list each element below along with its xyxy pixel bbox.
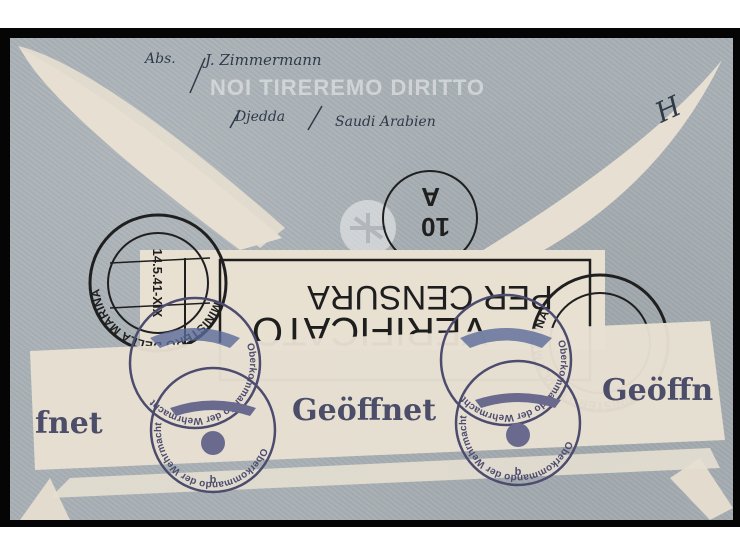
- sender-city: Djedda: [234, 109, 285, 125]
- svg-text:A: A: [421, 182, 440, 212]
- handstamp-code: b: [210, 474, 217, 486]
- svg-text:10: 10: [421, 212, 450, 242]
- right-top-flap: [480, 60, 722, 258]
- sender-country: Saudi Arabien: [335, 114, 436, 130]
- envelope-back: NOI TIREREMO DIRITTO Abs. J. Zimmermann …: [10, 38, 733, 520]
- sender-prefix: Abs.: [143, 51, 176, 67]
- svg-text:b: b: [515, 466, 522, 478]
- tape-text-left: fnet: [35, 406, 103, 441]
- tape-text-center: Geöffnet: [292, 393, 436, 428]
- envelope-artwork: NOI TIREREMO DIRITTO Abs. J. Zimmermann …: [10, 38, 733, 520]
- bottom-left-flap: [20, 478, 70, 520]
- watermark-slogan: NOI TIREREMO DIRITTO: [210, 75, 485, 100]
- tape-text-right: Geöffn: [602, 373, 713, 408]
- sender-name: J. Zimmermann: [202, 51, 322, 69]
